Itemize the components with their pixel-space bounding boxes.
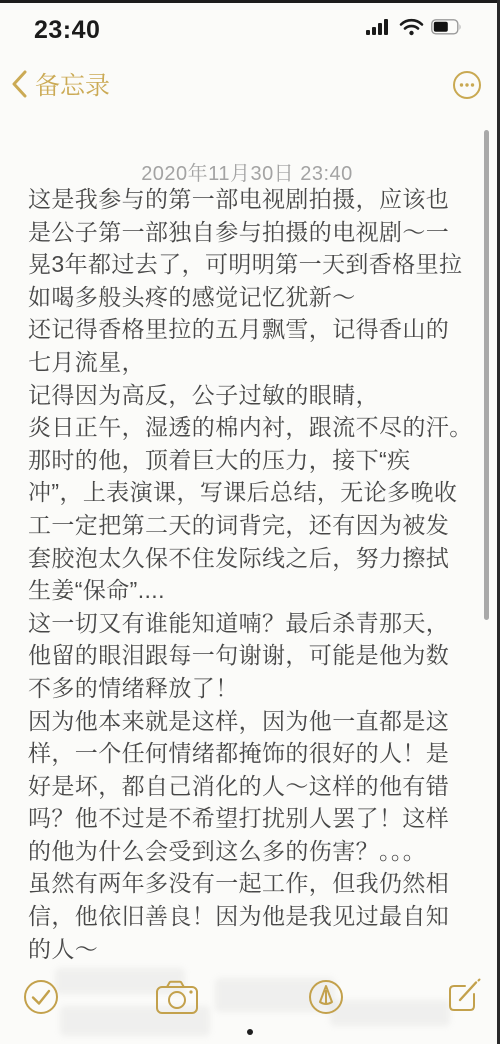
checklist-icon — [22, 978, 60, 1016]
note-line: 的人～ — [28, 933, 488, 966]
note-line: 记得因为高反，公子过敏的眼睛， — [28, 379, 488, 412]
note-line: 那时的他，顶着巨大的压力，接下“疾 — [28, 444, 488, 477]
note-line: 炎日正午，湿透的棉内衬，跟流不尽的汗。 — [28, 411, 488, 444]
note-body[interactable]: 这是我参与的第一部电视剧拍摄，应该也是公子第一部独自参与拍摄的电视剧～一晃3年都… — [28, 183, 488, 965]
ellipsis-circle-icon — [452, 70, 482, 100]
back-button-label: 备忘录 — [35, 66, 110, 102]
note-line: 生姜“保命”.... — [28, 574, 488, 607]
note-line: 虽然有两年多没有一起工作，但我仍然相 — [28, 867, 488, 900]
home-indicator-dot — [247, 1029, 253, 1035]
back-button[interactable]: 备忘录 — [12, 66, 110, 102]
compose-icon — [445, 978, 483, 1016]
note-line: 的他为什么会受到这么多的伤害？。。。 — [28, 835, 488, 868]
note-line: 晃3年都过去了，可明明第一天到香格里拉 — [28, 248, 488, 281]
status-bar: 23:40 — [0, 12, 490, 46]
note-line: 不多的情绪释放了！ — [28, 672, 488, 705]
bottom-toolbar — [0, 972, 500, 1028]
compose-button[interactable] — [445, 978, 483, 1016]
battery-icon — [431, 19, 462, 35]
chevron-left-icon — [12, 70, 27, 98]
markup-button[interactable] — [307, 978, 345, 1016]
nav-bar: 备忘录 — [0, 62, 500, 106]
scrollbar[interactable] — [484, 130, 489, 620]
note-line: 这一切又有谁能知道喃？最后杀青那天， — [28, 607, 488, 640]
note-line: 这是我参与的第一部电视剧拍摄，应该也 — [28, 183, 488, 216]
markup-pen-icon — [307, 978, 345, 1016]
wifi-icon — [399, 18, 424, 36]
note-line: 工一定把第二天的词背完，还有因为被发 — [28, 509, 488, 542]
status-time: 23:40 — [34, 16, 100, 45]
note-line: 如喝多般头疼的感觉记忆犹新～ — [28, 281, 488, 314]
note-line: 样，一个任何情绪都掩饰的很好的人！是 — [28, 737, 488, 770]
screenshot-top-border — [0, 0, 500, 3]
note-line: 他留的眼泪跟每一句谢谢，可能是他为数 — [28, 639, 488, 672]
note-line: 因为他本来就是这样，因为他一直都是这 — [28, 705, 488, 738]
camera-icon — [155, 978, 199, 1016]
note-line: 冲”，上表演课，写课后总结，无论多晚收 — [28, 476, 488, 509]
cellular-signal-icon — [366, 18, 392, 36]
note-line: 好是坏，都自己消化的人～这样的他有错 — [28, 770, 488, 803]
camera-button[interactable] — [155, 978, 199, 1016]
note-date: 2020年11月30日 23:40 — [0, 157, 494, 186]
note-line: 是公子第一部独自参与拍摄的电视剧～一 — [28, 216, 488, 249]
checklist-button[interactable] — [22, 978, 60, 1016]
note-line: 七月流星， — [28, 346, 488, 379]
more-options-button[interactable] — [452, 70, 482, 100]
note-line: 吗？他不过是不希望打扰别人罢了！这样 — [28, 802, 488, 835]
note-line: 信，他依旧善良！因为他是我见过最自知 — [28, 900, 488, 933]
note-line: 套胶泡太久保不住发际线之后，努力擦拭 — [28, 542, 488, 575]
note-line: 还记得香格里拉的五月飘雪，记得香山的 — [28, 313, 488, 346]
